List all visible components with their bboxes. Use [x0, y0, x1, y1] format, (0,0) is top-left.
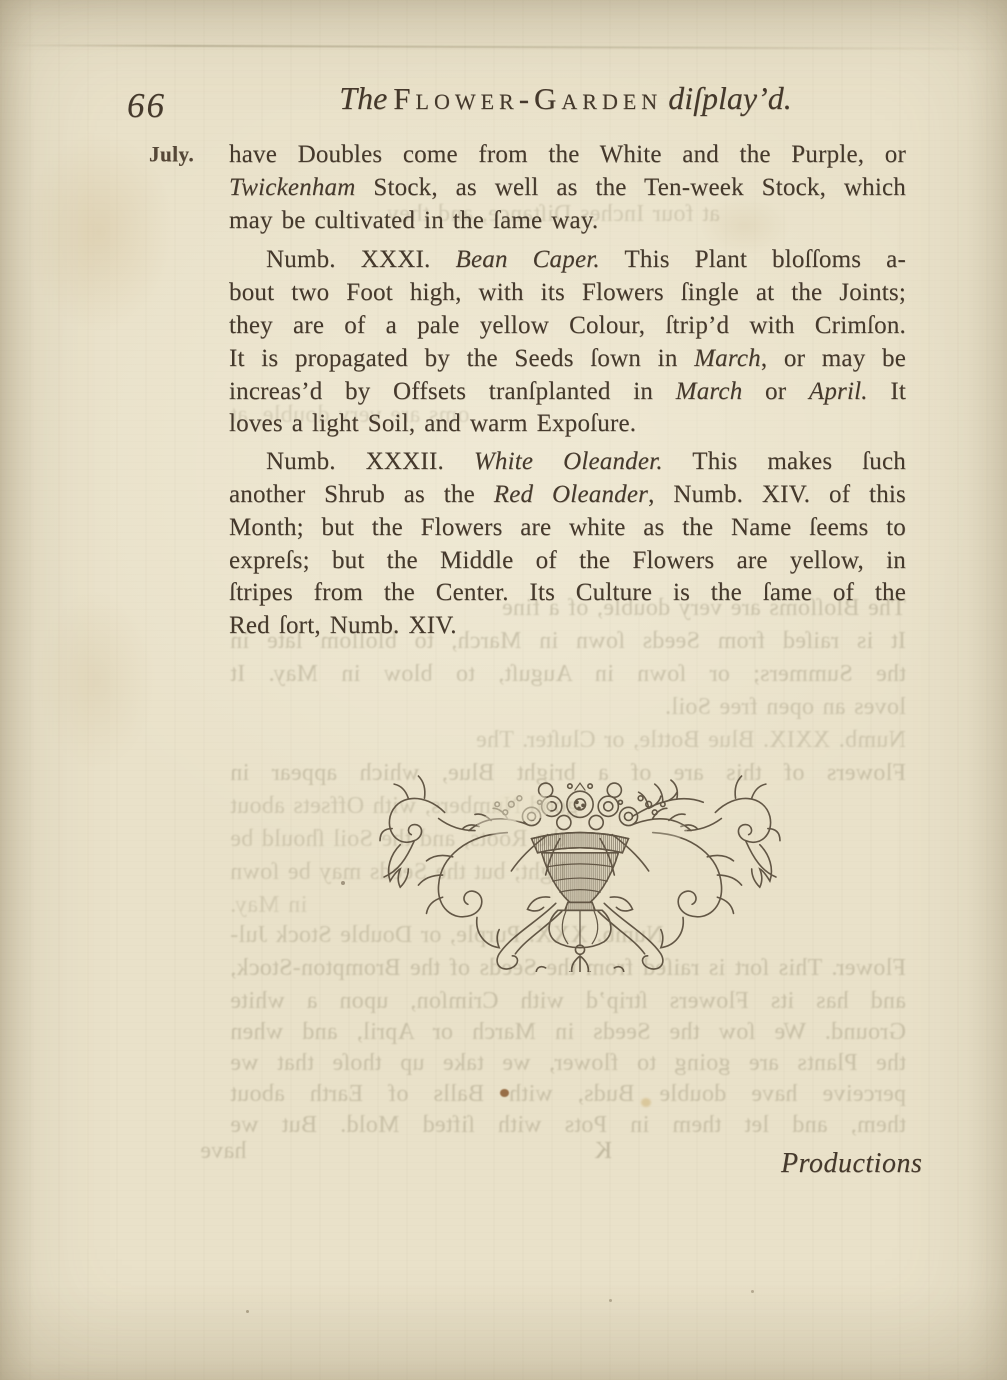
body-line: expreſs; but the Middle of the Flowers a… [229, 545, 906, 578]
showthrough-line: Numb. XXIX. Blue Bottle, or Cluſter. The [230, 725, 906, 755]
italic-text: March [676, 378, 743, 405]
flower-basket-vignette-icon [378, 774, 782, 972]
roman-text: Numb. XXXII. [266, 448, 474, 475]
italic-text: White Oleander. [474, 448, 663, 475]
showthrough-line: perceive have double Buds, with Balls of… [230, 1079, 906, 1109]
body-line: they are of a pale yellow Colour, ſtrip’… [229, 310, 906, 343]
paragraph: have Doubles come from the White and the… [229, 139, 906, 237]
book-page-scan: at four Inches Diſtance, and theyoms are… [0, 0, 1007, 1380]
body-text: have Doubles come from the White and the… [229, 139, 906, 643]
showthrough-line: K [572, 1136, 612, 1166]
roman-text: ſtripes from the Center. Its Culture is … [229, 579, 906, 606]
roman-text: or [742, 378, 808, 405]
body-line: Numb. XXXII. White Oleander. This makes … [229, 446, 906, 479]
body-line: may be cultivated in the ſame way. [229, 205, 906, 238]
showthrough-line: and has its Flowers ſtrip’d with Crimſon… [230, 986, 906, 1016]
body-line: Twickenham Stock, as well as the Ten-wee… [229, 172, 906, 205]
showthrough-line: Ground. We ſow the Seeds in March or Apr… [230, 1017, 906, 1047]
paragraph: Numb. XXXII. White Oleander. This makes … [229, 446, 906, 643]
italic-text: Bean Caper. [456, 246, 600, 273]
body-line: ſtripes from the Center. Its Culture is … [229, 577, 906, 610]
roman-text: increas’d by Offsets tranſplanted in [229, 378, 676, 405]
italic-text: Twickenham [229, 174, 356, 201]
body-line: another Shrub as the Red Oleander, Numb.… [229, 479, 906, 512]
body-line: loves a light Soil, and warm Expoſure. [229, 408, 906, 441]
paragraph: Numb. XXXI. Bean Caper. This Plant bloſſ… [229, 244, 906, 441]
roman-text: Month; but the Flowers are white as the … [229, 514, 906, 541]
roman-text: It [868, 378, 906, 405]
roman-text: , or may be [761, 345, 906, 372]
body-line: Month; but the Flowers are white as the … [229, 512, 906, 545]
body-line: Numb. XXXI. Bean Caper. This Plant bloſſ… [229, 244, 906, 277]
showthrough-line: them, and let them in Pots with ſifted M… [230, 1110, 906, 1140]
showthrough-line: have [200, 1136, 300, 1166]
roman-text: Numb. XXXI. [266, 246, 456, 273]
italic-text: March [694, 345, 761, 372]
roman-text: may be cultivated in the ſame way. [229, 207, 598, 234]
roman-text: This Plant bloſſoms a- [600, 246, 906, 273]
engraved-tailpiece-ornament [378, 774, 782, 980]
roman-text: another Shrub as the [229, 481, 494, 508]
showthrough-line: the Plants are going to flower, we take … [230, 1048, 906, 1078]
italic-text: Red Oleander [494, 481, 648, 508]
roman-text: This makes ſuch [663, 448, 906, 475]
body-line: Red ſort, Numb. XIV. [229, 610, 906, 643]
italic-text: April. [809, 378, 868, 405]
showthrough-line: loves an open free Soil. [230, 692, 906, 722]
body-line: bout two Foot high, with its Flowers ſin… [229, 277, 906, 310]
body-line: It is propagated by the Seeds ſown in Ma… [229, 343, 906, 376]
roman-text: bout two Foot high, with its Flowers ſin… [229, 279, 906, 306]
roman-text: expreſs; but the Middle of the Flowers a… [229, 547, 906, 574]
roman-text: loves a light Soil, and warm Expoſure. [229, 410, 636, 437]
roman-text: It is propagated by the Seeds ſown in [229, 345, 694, 372]
roman-text: they are of a pale yellow Colour, ſtrip’… [229, 312, 906, 339]
roman-text: Stock, as well as the Ten-week Stock, wh… [356, 174, 906, 201]
roman-text: , Numb. XIV. of this [648, 481, 906, 508]
roman-text: Red ſort, Numb. XIV. [229, 612, 457, 639]
body-line: increas’d by Offsets tranſplanted in Mar… [229, 376, 906, 409]
roman-text: have Doubles come from the White and the… [229, 141, 906, 168]
body-line: have Doubles come from the White and the… [229, 139, 906, 172]
showthrough-line: the Summers; or ſown in Auguſt, to blow … [230, 659, 906, 689]
